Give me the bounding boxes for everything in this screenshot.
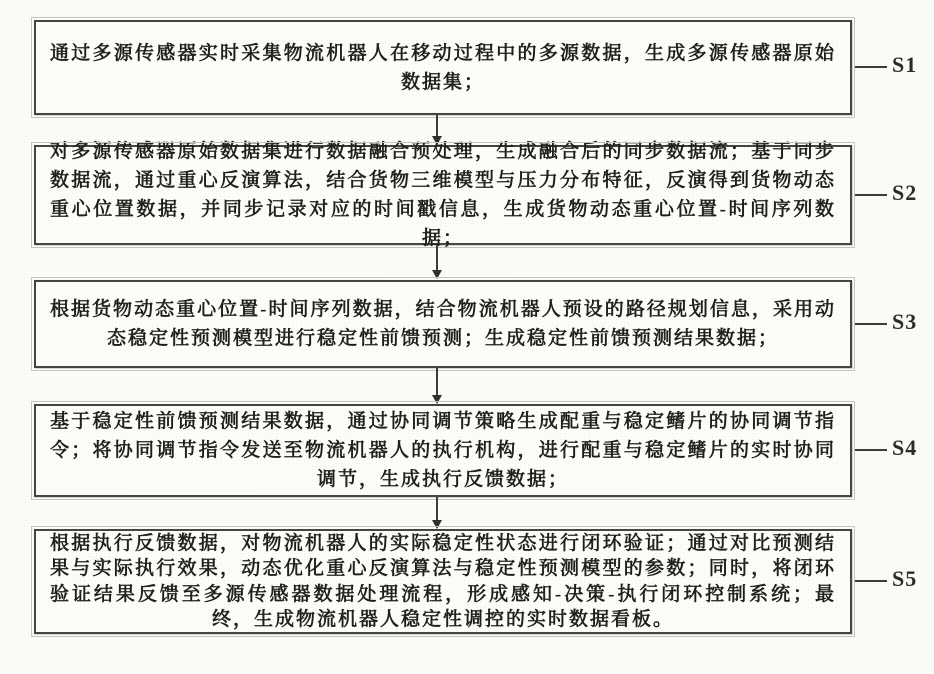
step-box-s5: 根据执行反馈数据，对物流机器人的实际稳定性状态进行闭环验证；通过对比预测结果与实…	[34, 529, 852, 634]
arrowhead-icon	[432, 395, 442, 404]
step-box-s4: 基于稳定性前馈预测结果数据，通过协同调节策略生成配重与稳定鳍片的协同调节指令；将…	[34, 404, 852, 497]
step-leader-line-s5	[855, 580, 887, 582]
step-text-s1: 通过多源传感器实时采集物流机器人在移动过程中的多源数据，生成多源传感器原始数据集…	[50, 39, 836, 97]
step-label-s2: S2	[892, 180, 917, 206]
step-label-s4: S4	[892, 435, 917, 461]
down-arrow-icon	[436, 115, 438, 137]
step-leader-line-s3	[855, 323, 887, 325]
step-label-s3: S3	[892, 309, 917, 335]
step-text-s2: 对多源传感器原始数据集进行数据融合预处理，生成融合后的同步数据流；基于同步数据流…	[50, 137, 836, 253]
step-box-s3: 根据货物动态重心位置-时间序列数据，结合物流机器人预设的路径规划信息，采用动态稳…	[34, 280, 852, 368]
step-leader-line-s4	[855, 449, 887, 451]
down-arrow-icon	[436, 368, 438, 396]
flowchart-canvas: 通过多源传感器实时采集物流机器人在移动过程中的多源数据，生成多源传感器原始数据集…	[0, 0, 934, 674]
step-leader-line-s1	[855, 66, 887, 68]
step-label-s5: S5	[892, 566, 917, 592]
step-box-s1: 通过多源传感器实时采集物流机器人在移动过程中的多源数据，生成多源传感器原始数据集…	[34, 20, 852, 115]
arrowhead-icon	[432, 270, 442, 279]
step-label-s1: S1	[892, 52, 917, 78]
down-arrow-icon	[436, 497, 438, 521]
arrowhead-icon	[432, 520, 442, 529]
step-text-s3: 根据货物动态重心位置-时间序列数据，结合物流机器人预设的路径规划信息，采用动态稳…	[50, 295, 836, 353]
step-text-s4: 基于稳定性前馈预测结果数据，通过协同调节策略生成配重与稳定鳍片的协同调节指令；将…	[50, 407, 836, 494]
step-box-s2: 对多源传感器原始数据集进行数据融合预处理，生成融合后的同步数据流；基于同步数据流…	[34, 145, 852, 245]
step-leader-line-s2	[855, 194, 887, 196]
step-text-s5: 根据执行反馈数据，对物流机器人的实际稳定性状态进行闭环验证；通过对比预测结果与实…	[50, 531, 836, 633]
down-arrow-icon	[436, 245, 438, 271]
